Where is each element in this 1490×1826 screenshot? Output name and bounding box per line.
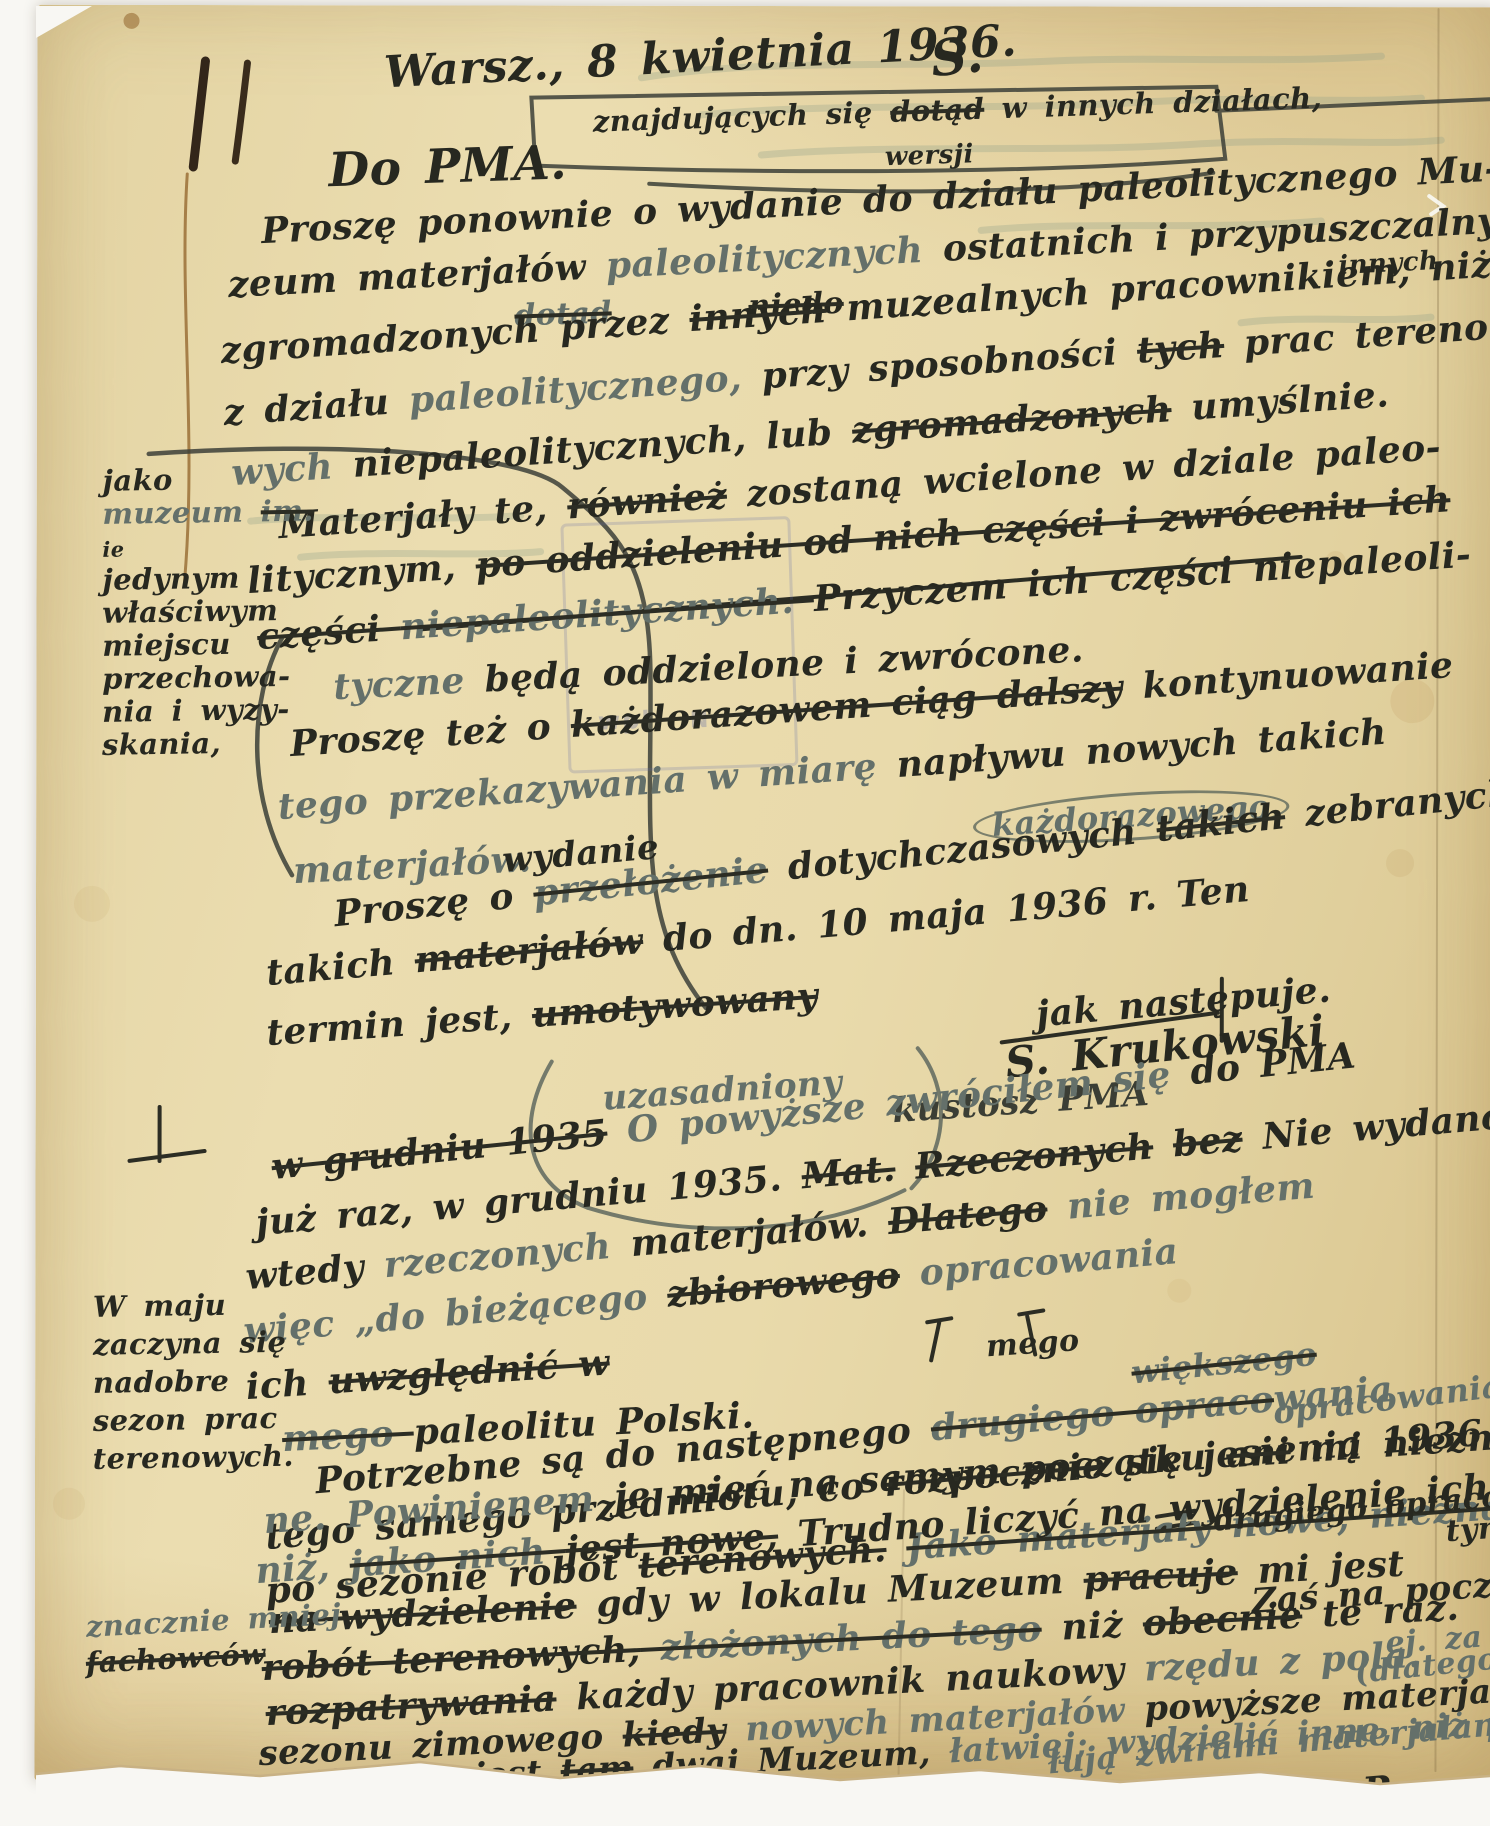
- text-segment: Mat.: [800, 1147, 897, 1197]
- text-segment: więcej,: [1121, 1773, 1256, 1820]
- text-segment: W maju: [93, 1288, 227, 1324]
- text-segment: im.: [260, 494, 314, 529]
- text-segment: muzeum: [102, 494, 261, 530]
- margin-note-storage: ie: [102, 532, 124, 561]
- text-segment: tych: [1136, 324, 1226, 372]
- margin-note-season: zaczyna się: [93, 1328, 287, 1360]
- header-paraph: S.: [928, 29, 985, 84]
- text-segment: tam: [560, 1747, 635, 1790]
- text-segment: niż: [1041, 1603, 1144, 1650]
- text-segment: właściwym: [102, 593, 279, 630]
- margin-note-season: nadobre: [93, 1367, 230, 1398]
- text-segment: Ten: [1175, 868, 1251, 916]
- text-segment: tym: [1445, 1510, 1490, 1549]
- text-segment: sezon prac: [93, 1401, 278, 1438]
- text-segment: terenowych.: [92, 1439, 294, 1476]
- text-segment: dotąd: [890, 92, 985, 129]
- text-segment: nadobre: [93, 1364, 230, 1400]
- manuscript-line: więcej,: [1121, 1776, 1256, 1817]
- margin-note-fewer: fachowców: [85, 1640, 266, 1678]
- margin-note-storage: jedynym: [102, 564, 240, 595]
- manuscript-line: wersji: [884, 141, 974, 170]
- text-segment: niż,: [254, 1544, 351, 1592]
- margin-note-storage: nia i wyzy-: [102, 695, 290, 727]
- text-segment: przechowa-: [102, 659, 291, 696]
- text-segment: nia i wyzy-: [102, 692, 290, 729]
- manuscript-line: mego: [985, 1326, 1080, 1362]
- manuscript-line: tym: [1445, 1513, 1490, 1547]
- text-segment: zaczyna się: [93, 1325, 287, 1362]
- text-segment: tyczne: [332, 659, 485, 709]
- margin-note-storage: jako: [102, 466, 173, 496]
- salutation: Do PMA.: [328, 139, 568, 194]
- margin-note-season: sezon prac: [93, 1404, 278, 1436]
- text-segment: ani: [1225, 1430, 1292, 1476]
- text-segment: ie: [102, 536, 124, 561]
- paper-sheet: wpł. Nr Warsz., 8 kwietnia 1936. S. Do P…: [34, 5, 1490, 1784]
- text-segment: jedynym: [102, 561, 240, 597]
- margin-note-storage: skania,: [102, 729, 221, 760]
- text-segment: obecnie: [1142, 1594, 1303, 1644]
- text-segment: jako: [102, 463, 173, 498]
- margin-note-season: W maju: [93, 1291, 227, 1322]
- text-segment: wych: [230, 444, 354, 494]
- text-segment: wersji: [884, 139, 974, 172]
- margin-note-storage: miejscu: [102, 630, 231, 661]
- margin-note-season: terenowych.: [93, 1442, 294, 1474]
- text-segment: skania,: [102, 726, 222, 762]
- text-segment: miejscu: [102, 627, 231, 663]
- text-segment: mego: [985, 1323, 1081, 1364]
- text-segment: bez: [1171, 1118, 1244, 1166]
- margin-note-storage: właściwym: [102, 596, 278, 628]
- text-segment: pracuje: [1083, 1551, 1239, 1601]
- scan-area: { "document": { "description": "Handwrit…: [0, 0, 1490, 1826]
- margin-note-storage: przechowa-: [102, 662, 291, 694]
- margin-note-storage: muzeum im.: [102, 497, 314, 529]
- final-paraph: P.: [1361, 1770, 1398, 1809]
